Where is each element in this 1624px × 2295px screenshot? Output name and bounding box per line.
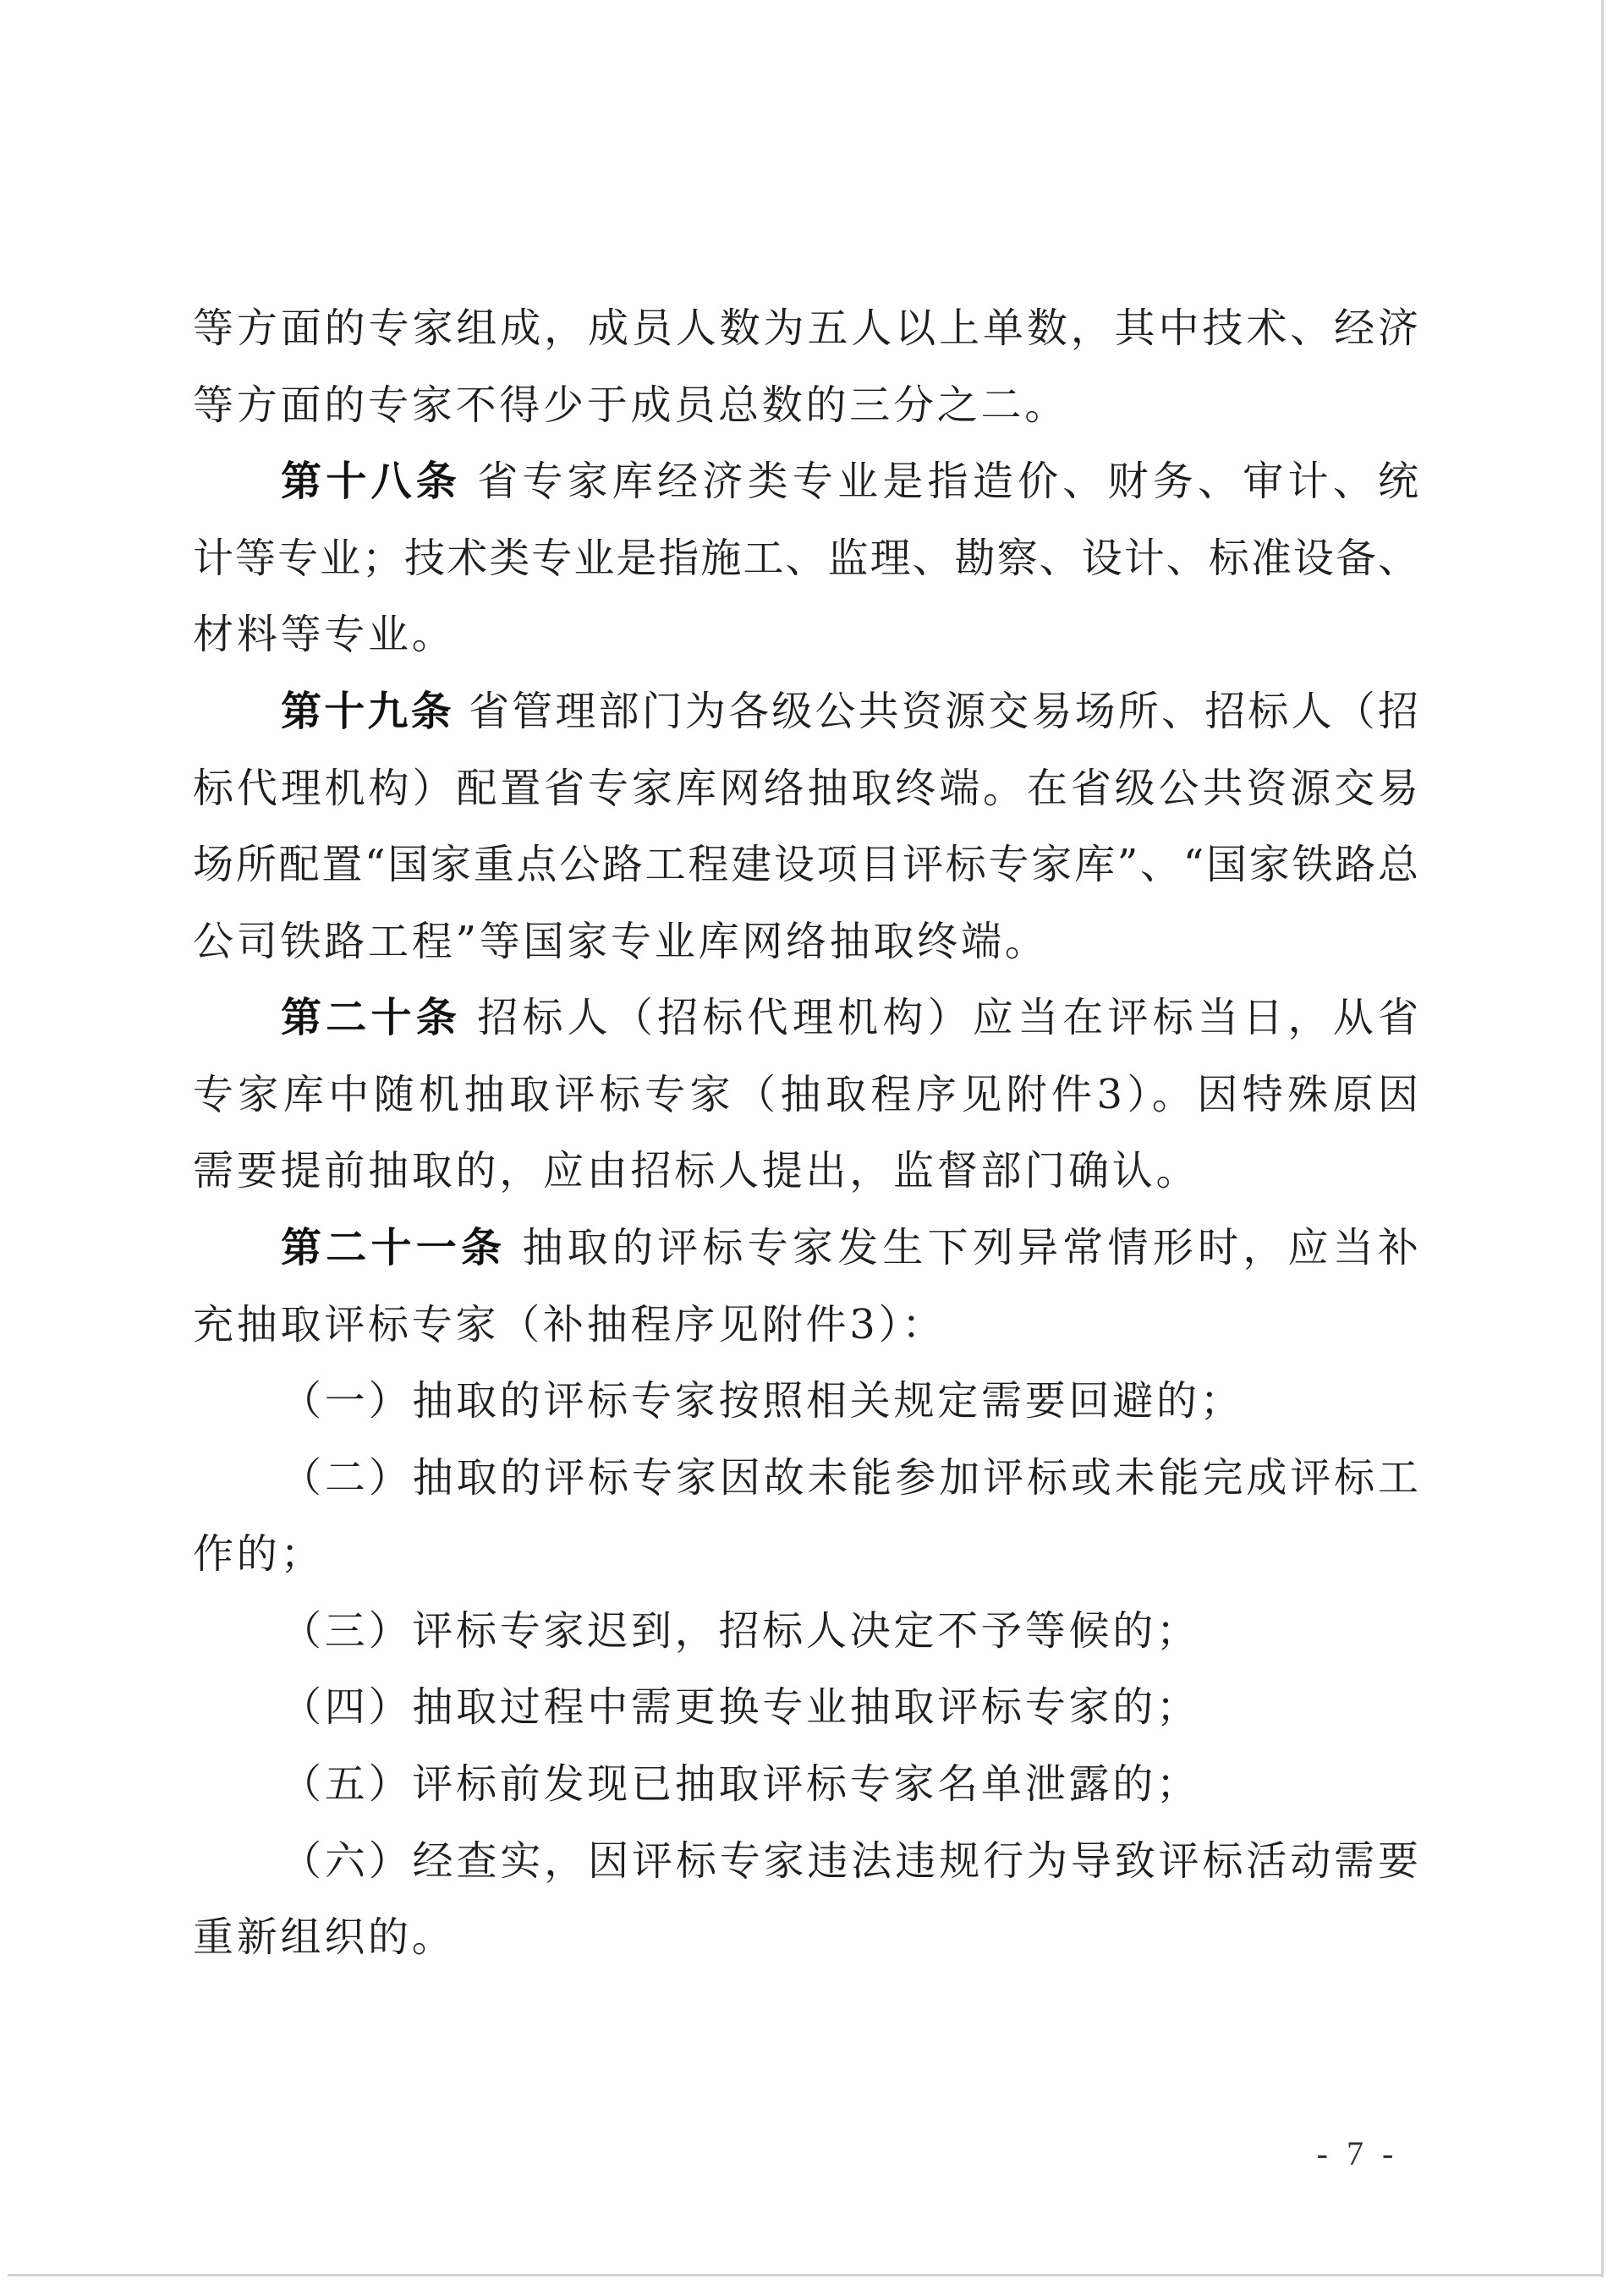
list-item-5: （五）评标前发现已抽取评标专家名单泄露的；	[281, 1760, 1200, 1808]
list-item-2: （二）抽取的评标专家因故未能参加评标或未能完成评标工	[281, 1454, 1418, 1502]
article-text: 抽取的评标专家发生下列异常情形时，应当补	[518, 1224, 1418, 1271]
list-item-3: （三）评标专家迟到，招标人决定不予等候的；	[281, 1607, 1200, 1655]
article-heading: 第十八条	[281, 458, 461, 505]
text-line-2: 等方面的专家不得少于成员总数的三分之二。	[193, 382, 1068, 429]
article-20-line: 第二十条招标人（招标代理机构）应当在评标当日，从省	[281, 994, 1418, 1041]
text-line-8: 场所配置“国家重点公路工程建设项目评标专家库”、“国家铁路总	[193, 841, 1418, 888]
text-line-14: 充抽取评标专家（补抽程序见附件3）：	[193, 1301, 946, 1348]
article-heading: 第十九条	[281, 688, 454, 735]
text-line-22: 重新组织的。	[193, 1913, 456, 1961]
article-heading: 第二十一条	[281, 1224, 506, 1271]
text-line-9: 公司铁路工程”等国家专业库网络抽取终端。	[193, 918, 1049, 965]
article-text: 省专家库经济类专业是指造价、财务、审计、统	[473, 458, 1418, 505]
text-line-4: 计等专业；技术类专业是指施工、监理、勘察、设计、标准设备、	[193, 535, 1418, 582]
article-19-line: 第十九条省管理部门为各级公共资源交易场所、招标人（招	[281, 688, 1418, 735]
list-item-1: （一）抽取的评标专家按照相关规定需要回避的；	[281, 1377, 1244, 1425]
article-18-line: 第十八条省专家库经济类专业是指造价、财务、审计、统	[281, 458, 1418, 505]
article-text: 省管理部门为各级公共资源交易场所、招标人（招	[466, 688, 1418, 735]
text-line-11: 专家库中随机抽取评标专家（抽取程序见附件3）。因特殊原因	[193, 1071, 1418, 1118]
list-item-6: （六）经查实，因评标专家违法违规行为导致评标活动需要	[281, 1837, 1418, 1885]
text-line-1: 等方面的专家组成，成员人数为五人以上单数，其中技术、经济	[193, 305, 1418, 352]
article-21-line: 第二十一条抽取的评标专家发生下列异常情形时，应当补	[281, 1224, 1418, 1271]
text-line-17: 作的；	[193, 1530, 324, 1578]
article-text: 招标人（招标代理机构）应当在评标当日，从省	[473, 994, 1418, 1041]
text-line-12: 需要提前抽取的，应由招标人提出，监督部门确认。	[193, 1147, 1199, 1194]
list-item-4: （四）抽取过程中需更换专业抽取评标专家的；	[281, 1683, 1200, 1731]
text-line-5: 材料等专业。	[193, 611, 456, 658]
page-edge-bottom	[8, 2274, 1604, 2276]
page-number: - 7 -	[1303, 2133, 1413, 2173]
page-edge-right	[1601, 0, 1604, 2277]
text-line-7: 标代理机构）配置省专家库网络抽取终端。在省级公共资源交易	[193, 765, 1418, 812]
article-heading: 第二十条	[281, 994, 461, 1041]
